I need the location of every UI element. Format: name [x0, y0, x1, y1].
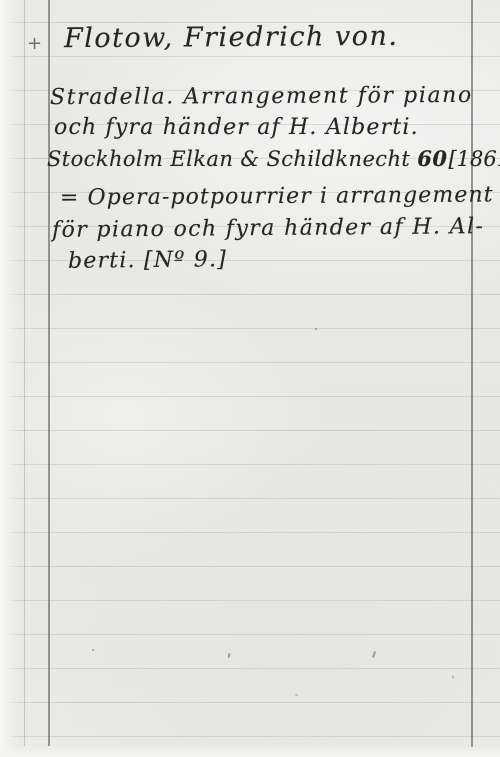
imprint-publisher: Stockholm Elkan & Schildknecht: [47, 147, 410, 171]
paper-edge-left: [0, 0, 20, 757]
note-line-3: berti. [Nº 9.]: [68, 247, 227, 274]
plus-mark: +: [27, 33, 42, 54]
title-line-1: Stradella. Arrangement för piano: [50, 83, 473, 110]
note-line-2: för piano och fyra händer af H. Al-: [52, 214, 485, 243]
title-line-2: och fyra händer af H. Alberti.: [54, 115, 419, 140]
margin-rule-left: [48, 0, 50, 746]
scanned-catalog-card: + Flotow, Friedrich von. Stradella. Arra…: [0, 0, 500, 757]
paper-speck: [92, 649, 94, 651]
imprint-year: [1861]: [448, 147, 500, 171]
paper-speck: [315, 328, 317, 330]
margin-rule-right: [471, 0, 473, 747]
paper-speck: [295, 694, 298, 696]
note-line-1: = Opera-potpourrier i arrangement: [60, 182, 494, 210]
margin-rule-outer: [24, 0, 25, 746]
imprint-number: 60: [417, 146, 447, 171]
composer-heading: Flotow, Friedrich von.: [64, 21, 399, 54]
imprint-line: Stockholm Elkan & Schildknecht60[1861]: [47, 146, 500, 171]
paper-edge-bottom: [0, 745, 500, 757]
ruled-lines: [0, 0, 500, 757]
